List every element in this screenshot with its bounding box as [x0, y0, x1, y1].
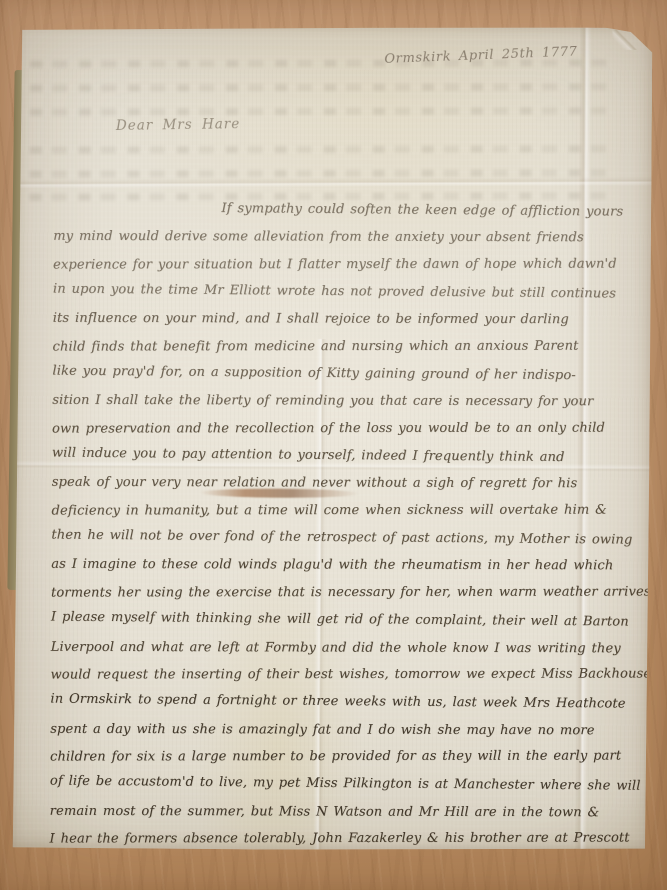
photo-vignette: [0, 0, 667, 890]
photo-of-letter-on-table: Ormskirk April 25th 1777 Dear Mrs Hare I…: [0, 0, 667, 890]
